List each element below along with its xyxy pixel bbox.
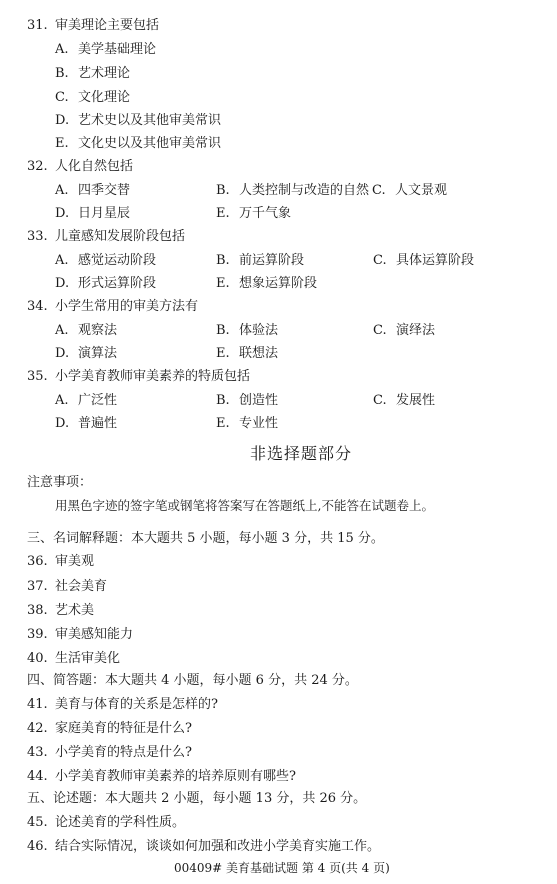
question-number: 45. <box>27 815 55 831</box>
question-text: 艺术美 <box>55 603 94 618</box>
option-text: 四季交替 <box>78 183 130 198</box>
option-letter: B. <box>216 323 239 339</box>
option-a: A.广泛性 <box>55 393 117 409</box>
question-number: 33. <box>27 229 55 245</box>
question-text: 审美感知能力 <box>55 627 133 642</box>
option-letter: E. <box>216 206 239 222</box>
option-b: B.体验法 <box>216 323 278 339</box>
question-number: 43. <box>27 745 55 761</box>
question-37: 37.社会美育 <box>27 579 107 595</box>
question-text: 审美观 <box>55 554 94 569</box>
option-letter: C. <box>373 393 396 409</box>
section-title: 非选择题部分 <box>250 446 352 462</box>
option-d: D.艺术史以及其他审美常识 <box>55 113 221 129</box>
option-letter: C. <box>373 253 396 269</box>
option-text: 日月星辰 <box>78 206 130 221</box>
option-c: C.演绎法 <box>373 323 435 339</box>
option-text: 形式运算阶段 <box>78 276 156 291</box>
option-a: A.美学基础理论 <box>55 42 156 58</box>
option-text: 艺术理论 <box>78 66 130 81</box>
option-text: 想象运算阶段 <box>239 276 317 291</box>
option-c: C.具体运算阶段 <box>373 253 474 269</box>
option-letter: A. <box>55 42 78 58</box>
option-letter: D. <box>55 416 78 432</box>
question-stem: 审美理论主要包括 <box>55 18 159 33</box>
option-letter: B. <box>216 253 239 269</box>
option-e: E.万千气象 <box>216 206 291 222</box>
question-text: 结合实际情况，谈谈如何加强和改进小学美育实施工作。 <box>55 839 380 854</box>
section-heading-5: 五、论述题：本大题共 2 小题，每小题 13 分，共 26 分。 <box>27 791 366 807</box>
option-d: D.普遍性 <box>55 416 117 432</box>
option-b: B.艺术理论 <box>55 66 130 82</box>
option-text: 体验法 <box>239 323 278 338</box>
question-stem: 儿童感知发展阶段包括 <box>55 229 185 244</box>
question-number: 42. <box>27 721 55 737</box>
option-text: 专业性 <box>239 416 278 431</box>
option-text: 广泛性 <box>78 393 117 408</box>
option-text: 感觉运动阶段 <box>78 253 156 268</box>
question-stem: 小学生常用的审美方法有 <box>55 299 198 314</box>
option-c: C.发展性 <box>373 393 435 409</box>
option-text: 观察法 <box>78 323 117 338</box>
option-e: E.专业性 <box>216 416 278 432</box>
question-34: 34.小学生常用的审美方法有 <box>27 299 198 315</box>
option-text: 发展性 <box>396 393 435 408</box>
question-text: 论述美育的学科性质。 <box>55 815 185 830</box>
notice-text: 用黑色字迹的签字笔或钢笔将答案写在答题纸上,不能答在试题卷上。 <box>55 498 434 514</box>
question-stem: 小学美育教师审美素养的特质包括 <box>55 369 250 384</box>
option-e: E.文化史以及其他审美常识 <box>55 136 221 152</box>
option-text: 美学基础理论 <box>78 42 156 57</box>
question-number: 32. <box>27 159 55 175</box>
question-number: 41. <box>27 697 55 713</box>
question-40: 40.生活审美化 <box>27 651 120 667</box>
question-41: 41.美育与体育的关系是怎样的? <box>27 697 218 713</box>
option-a: A.感觉运动阶段 <box>55 253 156 269</box>
option-text: 创造性 <box>239 393 278 408</box>
question-text: 社会美育 <box>55 579 107 594</box>
option-letter: A. <box>55 393 78 409</box>
question-number: 44. <box>27 769 55 785</box>
question-text: 美育与体育的关系是怎样的? <box>55 697 218 712</box>
option-text: 普遍性 <box>78 416 117 431</box>
option-b: B.前运算阶段 <box>216 253 304 269</box>
page-footer: 00409# 美育基础试题 第 4 页(共 4 页) <box>174 860 390 876</box>
question-36: 36.审美观 <box>27 554 94 570</box>
option-text: 人文景观 <box>395 183 447 198</box>
question-number: 40. <box>27 651 55 667</box>
option-text: 人类控制与改造的自然 <box>239 183 369 198</box>
option-letter: E. <box>216 416 239 432</box>
question-number: 31. <box>27 18 55 34</box>
question-31: 31.审美理论主要包括 <box>27 18 159 34</box>
option-text: 具体运算阶段 <box>396 253 474 268</box>
option-letter: D. <box>55 113 78 129</box>
question-43: 43.小学美育的特点是什么? <box>27 745 192 761</box>
option-text: 演绎法 <box>396 323 435 338</box>
option-text: 文化理论 <box>78 90 130 105</box>
option-letter: C. <box>55 90 78 106</box>
question-42: 42.家庭美育的特征是什么? <box>27 721 192 737</box>
question-number: 38. <box>27 603 55 619</box>
question-number: 37. <box>27 579 55 595</box>
question-46: 46.结合实际情况，谈谈如何加强和改进小学美育实施工作。 <box>27 839 380 855</box>
option-letter: C. <box>372 183 395 199</box>
option-letter: D. <box>55 346 78 362</box>
option-letter: B. <box>55 66 78 82</box>
option-text: 前运算阶段 <box>239 253 304 268</box>
section-heading-4: 四、简答题：本大题共 4 小题，每小题 6 分，共 24 分。 <box>27 673 358 689</box>
question-stem: 人化自然包括 <box>55 159 133 174</box>
option-a: A.观察法 <box>55 323 117 339</box>
question-text: 小学美育的特点是什么? <box>55 745 192 760</box>
option-text: 演算法 <box>78 346 117 361</box>
option-d: D.形式运算阶段 <box>55 276 156 292</box>
question-text: 家庭美育的特征是什么? <box>55 721 192 736</box>
question-38: 38.艺术美 <box>27 603 94 619</box>
option-text: 万千气象 <box>239 206 291 221</box>
option-c: C.文化理论 <box>55 90 130 106</box>
option-letter: E. <box>216 346 239 362</box>
option-d: D.日月星辰 <box>55 206 130 222</box>
option-letter: A. <box>55 253 78 269</box>
option-letter: D. <box>55 276 78 292</box>
option-letter: A. <box>55 323 78 339</box>
option-letter: C. <box>373 323 396 339</box>
option-text: 联想法 <box>239 346 278 361</box>
section-heading-3: 三、名词解释题：本大题共 5 小题，每小题 3 分，共 15 分。 <box>27 531 384 547</box>
option-letter: A. <box>55 183 78 199</box>
question-45: 45.论述美育的学科性质。 <box>27 815 185 831</box>
option-e: E.联想法 <box>216 346 278 362</box>
question-39: 39.审美感知能力 <box>27 627 133 643</box>
notice-label: 注意事项： <box>27 475 92 491</box>
option-letter: B. <box>216 183 239 199</box>
option-d: D.演算法 <box>55 346 117 362</box>
option-b: B.人类控制与改造的自然 <box>216 183 369 199</box>
option-letter: E. <box>55 136 78 152</box>
question-number: 46. <box>27 839 55 855</box>
option-e: E.想象运算阶段 <box>216 276 317 292</box>
option-letter: D. <box>55 206 78 222</box>
question-33: 33.儿童感知发展阶段包括 <box>27 229 185 245</box>
option-a: A.四季交替 <box>55 183 130 199</box>
option-letter: B. <box>216 393 239 409</box>
option-text: 文化史以及其他审美常识 <box>78 136 221 151</box>
option-letter: E. <box>216 276 239 292</box>
option-b: B.创造性 <box>216 393 278 409</box>
question-number: 34. <box>27 299 55 315</box>
question-32: 32.人化自然包括 <box>27 159 133 175</box>
question-35: 35.小学美育教师审美素养的特质包括 <box>27 369 250 385</box>
question-number: 39. <box>27 627 55 643</box>
question-44: 44.小学美育教师审美素养的培养原则有哪些? <box>27 769 296 785</box>
question-number: 36. <box>27 554 55 570</box>
option-text: 艺术史以及其他审美常识 <box>78 113 221 128</box>
question-number: 35. <box>27 369 55 385</box>
question-text: 小学美育教师审美素养的培养原则有哪些? <box>55 769 296 784</box>
question-text: 生活审美化 <box>55 651 120 666</box>
option-c: C.人文景观 <box>372 183 447 199</box>
